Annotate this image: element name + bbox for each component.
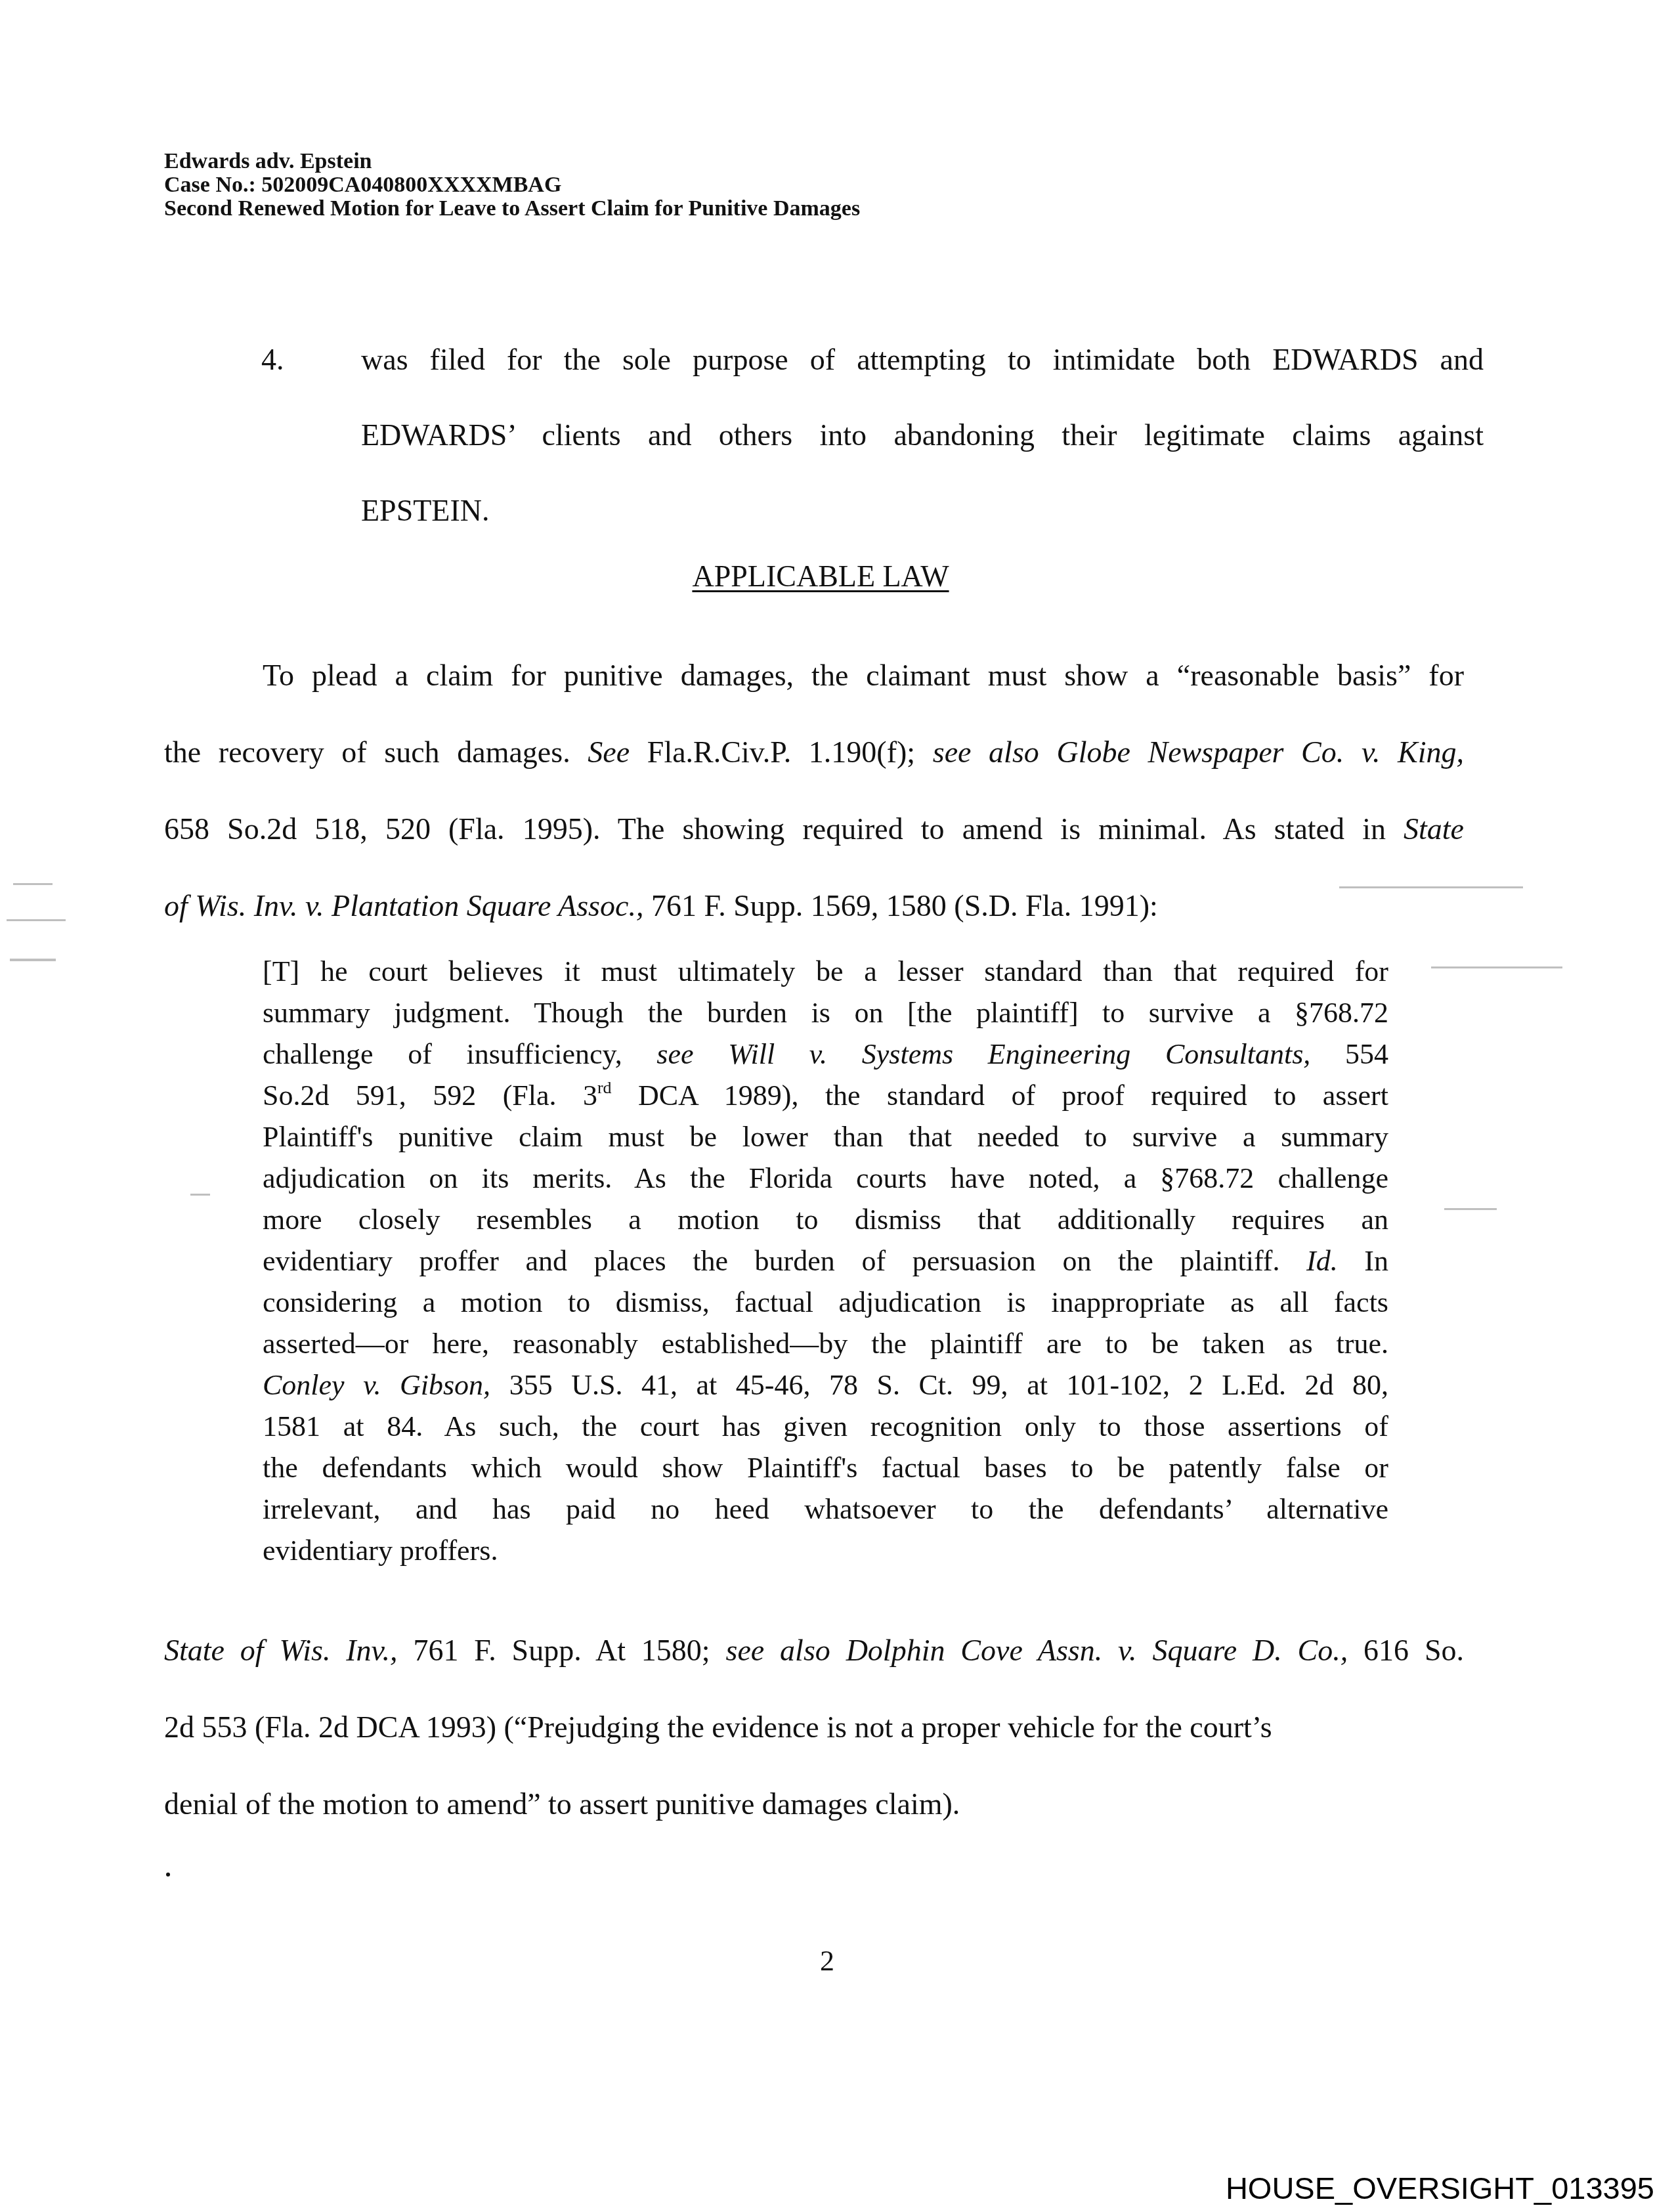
quote-line: Conley v. Gibson, 355 U.S. 41, at 45-46,… <box>263 1364 1388 1406</box>
item-number: 4. <box>261 322 284 397</box>
scan-noise <box>1431 966 1562 968</box>
case-name: of Wis. Inv. v. Plantation Square Assoc.… <box>164 889 643 922</box>
text-run: 761 F. Supp. At 1580; <box>398 1634 726 1667</box>
paragraph-line: the recovery of such damages. See Fla.R.… <box>164 714 1464 791</box>
section-heading-text: APPLICABLE LAW <box>692 559 949 593</box>
scan-noise <box>13 883 53 885</box>
scan-noise <box>1339 886 1523 888</box>
quote-line: asserted—or here, reasonably established… <box>263 1323 1388 1364</box>
case-name: Conley v. Gibson, <box>263 1369 490 1401</box>
body-paragraph: To plead a claim for punitive damages, t… <box>164 637 1464 944</box>
quote-line: So.2d 591, 592 (Fla. 3rd DCA 1989), the … <box>263 1075 1388 1116</box>
paragraph-line: State of Wis. Inv., 761 F. Supp. At 1580… <box>164 1612 1464 1689</box>
quote-line: 1581 at 84. As such, the court has given… <box>263 1406 1388 1447</box>
item-text: was filed for the sole purpose of attemp… <box>361 322 1484 548</box>
citation: 761 F. Supp. 1569, 1580 (S.D. Fla. 1991)… <box>643 889 1157 922</box>
quote-line: irrelevant, and has paid no heed whatsoe… <box>263 1488 1388 1530</box>
quote-line: challenge of insufficiency, see Will v. … <box>263 1033 1388 1075</box>
text-run: DCA 1989), the standard of proof require… <box>612 1079 1388 1112</box>
document-header: Edwards adv. Epstein Case No.: 502009CA0… <box>164 150 860 221</box>
paragraph-line: of Wis. Inv. v. Plantation Square Assoc.… <box>164 867 1464 944</box>
text-run: So.2d 591, 592 (Fla. 3 <box>263 1079 597 1112</box>
text-run: 554 <box>1310 1038 1388 1070</box>
signal-see: See <box>588 735 630 769</box>
paragraph-line: 658 So.2d 518, 520 (Fla. 1995). The show… <box>164 791 1464 867</box>
section-heading: APPLICABLE LAW <box>0 557 1641 596</box>
case-name: see also Globe Newspaper Co. v. King, <box>933 735 1464 769</box>
case-number: Case No.: 502009CA040800XXXXMBAG <box>164 173 860 197</box>
paragraph-line: denial of the motion to amend” to assert… <box>164 1766 1464 1842</box>
quote-line: evidentiary proffer and places the burde… <box>263 1240 1388 1282</box>
quote-line: [T] he court believes it must ultimately… <box>263 951 1388 992</box>
numbered-item: 4. was filed for the sole purpose of att… <box>261 322 1482 548</box>
document-title: Second Renewed Motion for Leave to Asser… <box>164 197 860 221</box>
case-name: State <box>1404 812 1464 846</box>
text-run: the recovery of such damages. <box>164 735 588 769</box>
scan-artifact-dot <box>166 1873 170 1876</box>
text-run: In <box>1338 1245 1388 1277</box>
quote-line: Plaintiff's punitive claim must be lower… <box>263 1116 1388 1158</box>
case-name: see also Dolphin Cove Assn. v. Square D.… <box>726 1634 1348 1667</box>
block-quote: [T] he court believes it must ultimately… <box>263 951 1388 1571</box>
item-line: was filed for the sole purpose of attemp… <box>361 322 1484 397</box>
paragraph-line: 2d 553 (Fla. 2d DCA 1993) (“Prejudging t… <box>164 1689 1464 1766</box>
case-caption: Edwards adv. Epstein <box>164 150 860 173</box>
ordinal-superscript: rd <box>597 1078 612 1097</box>
quote-line: summary judgment. Though the burden is o… <box>263 992 1388 1033</box>
text-run: To plead a claim for punitive damages, t… <box>263 659 1464 692</box>
text-run: evidentiary proffer and places the burde… <box>263 1245 1306 1277</box>
text-run: 658 So.2d 518, 520 (Fla. 1995). The show… <box>164 812 1404 846</box>
text-run: challenge of insufficiency, <box>263 1038 656 1070</box>
item-line: EPSTEIN. <box>361 473 1484 548</box>
quote-line: considering a motion to dismiss, factual… <box>263 1282 1388 1323</box>
scan-noise <box>7 919 66 921</box>
quote-line: adjudication on its merits. As the Flori… <box>263 1158 1388 1199</box>
id-signal: Id. <box>1306 1245 1338 1277</box>
bates-stamp: HOUSE_OVERSIGHT_013395 <box>1226 2170 1654 2207</box>
scan-noise <box>10 959 56 961</box>
scan-noise <box>1444 1208 1497 1210</box>
case-name: see Will v. Systems Engineering Consulta… <box>656 1038 1310 1070</box>
item-line: EDWARDS’ clients and others into abandon… <box>361 397 1484 473</box>
paragraph-line: To plead a claim for punitive damages, t… <box>164 637 1464 714</box>
case-name: State of Wis. Inv., <box>164 1634 398 1667</box>
scan-noise <box>190 1194 210 1196</box>
text-run: 355 U.S. 41, at 45-46, 78 S. Ct. 99, at … <box>490 1369 1388 1401</box>
quote-line: more closely resembles a motion to dismi… <box>263 1199 1388 1240</box>
text-run: 616 So. <box>1348 1634 1464 1667</box>
page-number: 2 <box>0 1945 1654 1978</box>
rule-citation: Fla.R.Civ.P. 1.190(f); <box>630 735 933 769</box>
body-paragraph: State of Wis. Inv., 761 F. Supp. At 1580… <box>164 1612 1464 1842</box>
quote-line: evidentiary proffers. <box>263 1530 1388 1571</box>
quote-line: the defendants which would show Plaintif… <box>263 1447 1388 1488</box>
